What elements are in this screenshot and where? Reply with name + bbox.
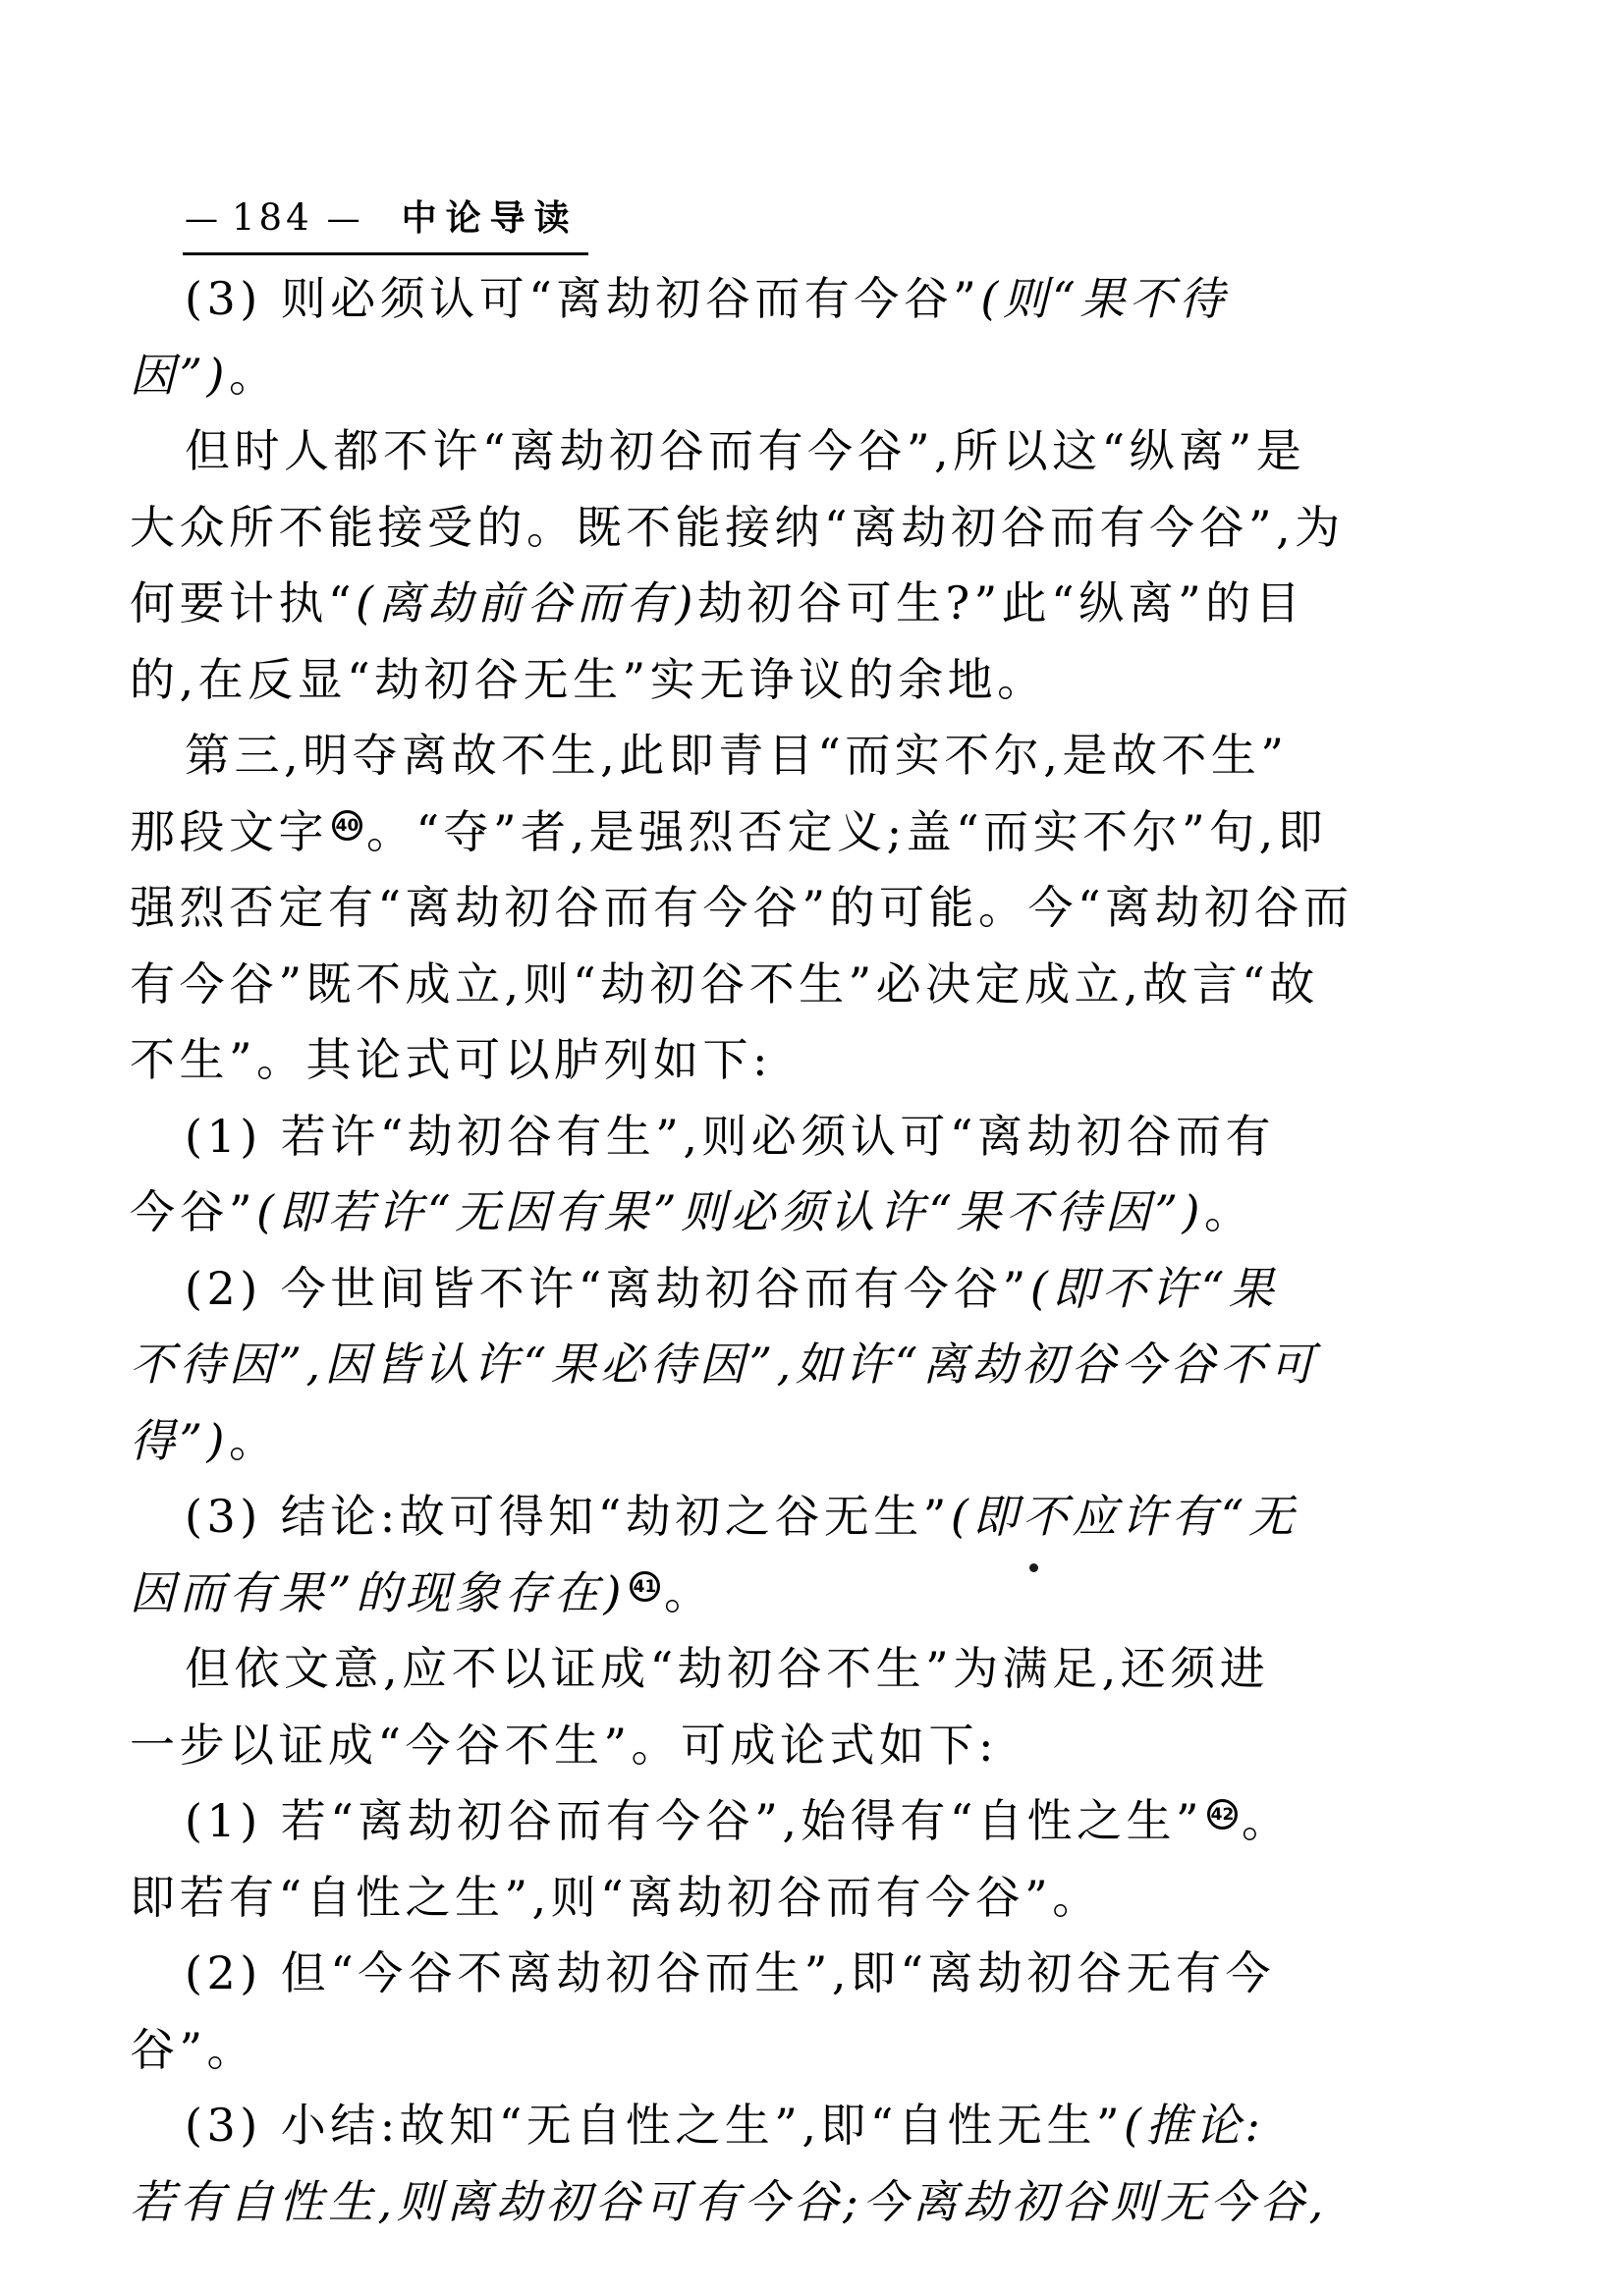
text-segment: (离劫前谷而有) [356, 576, 697, 629]
text-line: 即若有“自性之生”,则“离劫初谷而有今谷”。 [130, 1860, 1485, 1937]
book-page: — 184 — 中论导读 (3) 则必须认可“离劫初谷而有今谷”(则“果不待因”… [0, 0, 1603, 2296]
text-segment: 第三,明夺离故不生,此即青目“而实不尔,是故不生” [185, 729, 1288, 782]
text-line: 一步以证成“今谷不生”。可成论式如下: [130, 1708, 1485, 1784]
footnote-marker: 42 [1207, 1799, 1238, 1830]
text-line: 有今谷”既不成立,则“劫初谷不生”必决定成立,故言“故 [130, 947, 1485, 1023]
text-segment: (3) 小结:故知“无自性之生”,即“自性无生” [185, 2099, 1124, 2152]
text-segment: 一步以证成“今谷不生”。可成论式如下: [130, 1719, 998, 1772]
text-line: 得”)。 [130, 1403, 1485, 1480]
text-segment: 。 [664, 1566, 714, 1619]
book-title: 中论导读 [402, 191, 579, 241]
text-line: 的,在反显“劫初谷无生”实无诤议的余地。 [130, 642, 1485, 719]
text-block: (3) 则必须认可“离劫初谷而有今谷”(则“果不待因”)。但时人都不许“离劫初谷… [130, 261, 1485, 2240]
text-segment: 何要计执“ [130, 576, 356, 629]
text-line: 何要计执“(离劫前谷而有)劫初谷可生?”此“纵离”的目 [130, 566, 1485, 642]
scan-artifact-dot [1029, 1563, 1038, 1572]
text-segment: 劫初谷可生?”此“纵离”的目 [697, 576, 1304, 629]
text-segment: 。 [1242, 1794, 1292, 1847]
text-segment: 。 [1204, 1185, 1254, 1238]
text-segment: 大众所不能接受的。既不能接纳“离劫初谷而有今谷”,为 [130, 501, 1345, 554]
text-segment: 有今谷”既不成立,则“劫初谷不生”必决定成立,故言“故 [130, 957, 1319, 1011]
text-segment: 。“夺”者,是强烈否定义;盖“而实不尔”句,即 [366, 805, 1327, 858]
text-segment: (3) 结论:故可得知“劫初之谷无生” [185, 1490, 951, 1543]
text-segment: (则“果不待 [980, 272, 1228, 325]
header-dash-left-icon: — [185, 199, 218, 239]
header-dash-right-icon: — [327, 199, 360, 239]
text-segment: 因而有果”的现象存在) [130, 1566, 626, 1619]
text-line: 因而有果”的现象存在)41。 [130, 1556, 1485, 1632]
footnote-marker: 40 [332, 810, 362, 841]
text-line: 若有自性生,则离劫初谷可有今谷;今离劫初谷则无今谷, [130, 2164, 1485, 2241]
text-segment: 即若有“自性之生”,则“离劫初谷而有今谷”。 [130, 1871, 1102, 1924]
text-segment: 不待因”,因皆认许“果必待因”,如许“离劫初谷今谷不可 [130, 1338, 1319, 1391]
text-line: (3) 则必须认可“离劫初谷而有今谷”(则“果不待 [130, 261, 1485, 338]
text-line: 强烈否定有“离劫初谷而有今谷”的可能。今“离劫初谷而 [130, 870, 1485, 947]
text-line: 第三,明夺离故不生,此即青目“而实不尔,是故不生” [130, 718, 1485, 794]
text-segment: 。 [229, 349, 279, 402]
text-segment: 强烈否定有“离劫初谷而有今谷”的可能。今“离劫初谷而 [130, 881, 1354, 934]
text-segment: (2) 但“今谷不离劫初谷而生”,即“离劫初谷无有今 [185, 1946, 1275, 1999]
text-segment: 。 [229, 1414, 279, 1467]
text-segment: (即不应许有“无 [951, 1490, 1298, 1543]
text-segment: 不生”。其论式可以胪列如下: [130, 1033, 772, 1086]
text-line: 大众所不能接受的。既不能接纳“离劫初谷而有今谷”,为 [130, 490, 1485, 567]
text-segment: (1) 若许“劫初谷有生”,则必须认可“离劫初谷而有 [185, 1110, 1275, 1163]
text-line: (2) 但“今谷不离劫初谷而生”,即“离劫初谷无有今 [130, 1936, 1485, 2012]
text-segment: 得”) [130, 1414, 229, 1467]
text-segment: 那段文字 [130, 805, 328, 858]
text-line: 今谷”(即若许“无因有果”则必须认许“果不待因”)。 [130, 1175, 1485, 1251]
text-line: (1) 若“离劫初谷而有今谷”,始得有“自性之生”42。 [130, 1783, 1485, 1860]
footnote-marker: 41 [630, 1571, 660, 1602]
text-segment: 今谷” [130, 1185, 256, 1238]
text-segment: (推论: [1124, 2099, 1264, 2152]
text-line: 不待因”,因皆认许“果必待因”,如许“离劫初谷今谷不可 [130, 1327, 1485, 1403]
text-segment: 的,在反显“劫初谷无生”实无诤议的余地。 [130, 653, 1047, 706]
text-segment: (1) 若“离劫初谷而有今谷”,始得有“自性之生” [185, 1794, 1203, 1847]
page-header: — 184 — 中论导读 [183, 191, 588, 255]
text-line: 但时人都不许“离劫初谷而有今谷”,所以这“纵离”是 [130, 413, 1485, 490]
text-line: (2) 今世间皆不许“离劫初谷而有今谷”(即不许“果 [130, 1251, 1485, 1328]
text-segment: 但依文意,应不以证成“劫初谷不生”为满足,还须进 [185, 1642, 1269, 1695]
text-line: (1) 若许“劫初谷有生”,则必须认可“离劫初谷而有 [130, 1099, 1485, 1175]
text-segment: 谷”。 [130, 2023, 256, 2076]
text-line: 不生”。其论式可以胪列如下: [130, 1022, 1485, 1099]
text-segment: 因”) [130, 349, 229, 402]
text-segment: (即不许“果 [1030, 1262, 1278, 1315]
text-segment: 若有自性生,则离劫初谷可有今谷;今离劫初谷则无今谷, [130, 2175, 1328, 2228]
text-segment: 但时人都不许“离劫初谷而有今谷”,所以这“纵离”是 [185, 424, 1305, 477]
text-segment: (3) 则必须认可“离劫初谷而有今谷” [185, 272, 980, 325]
text-segment: (2) 今世间皆不许“离劫初谷而有今谷” [185, 1262, 1030, 1315]
text-line: 那段文字40。“夺”者,是强烈否定义;盖“而实不尔”句,即 [130, 794, 1485, 871]
text-line: 谷”。 [130, 2012, 1485, 2089]
text-line: 因”)。 [130, 338, 1485, 414]
text-line: 但依文意,应不以证成“劫初谷不生”为满足,还须进 [130, 1631, 1485, 1708]
page-number: 184 [232, 196, 313, 239]
text-segment: (即若许“无因有果”则必须认许“果不待因”) [256, 1185, 1204, 1238]
text-line: (3) 小结:故知“无自性之生”,即“自性无生”(推论: [130, 2088, 1485, 2164]
text-line: (3) 结论:故可得知“劫初之谷无生”(即不应许有“无 [130, 1479, 1485, 1556]
